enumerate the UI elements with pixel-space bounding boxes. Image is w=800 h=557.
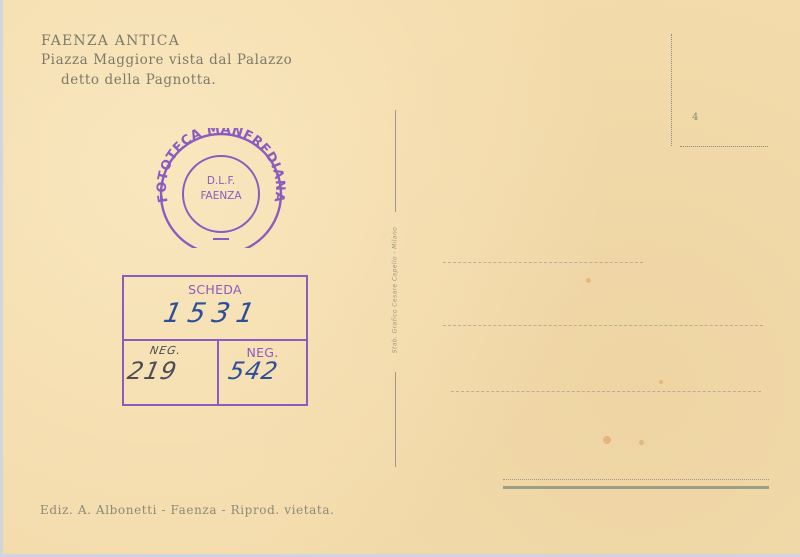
- center-divider-top: [395, 110, 396, 212]
- center-divider-bottom: [395, 372, 396, 467]
- scheda-number: 1531: [161, 298, 264, 329]
- address-line-4-dotted: [503, 479, 769, 480]
- stamp-center-line-2: FAENZA: [200, 190, 242, 202]
- address-line-3: [451, 391, 761, 392]
- archive-record-stamp: SCHEDA 1531 NEG. 219 NEG. 542: [122, 275, 308, 406]
- neg-left-label: NEG.: [149, 344, 182, 357]
- postcard-back: FAENZA ANTICA Piazza Maggiore vista dal …: [0, 0, 800, 557]
- address-line-4-solid: [503, 486, 769, 489]
- scheda-section: SCHEDA 1531: [124, 277, 306, 341]
- paper-stain: [586, 278, 591, 283]
- stamp-area-border-horizontal: [680, 146, 768, 147]
- caption-title: FAENZA ANTICA: [41, 33, 180, 49]
- neg-left-cell: NEG. 219: [124, 341, 219, 404]
- stamp-center-line-1: D.L.F.: [207, 175, 235, 187]
- paper-stain: [659, 380, 663, 384]
- fototeca-circle-stamp: FOTOTECA MANFREDIANA D.L.F. FAENZA: [151, 128, 291, 248]
- stamp-area-border-vertical: [671, 34, 672, 146]
- scheda-label: SCHEDA: [124, 282, 306, 297]
- address-line-2: [443, 325, 763, 326]
- stamp-area-number: 4: [692, 112, 698, 123]
- paper-stain: [639, 440, 644, 445]
- neg-left-number: 219: [125, 357, 180, 385]
- neg-right-cell: NEG. 542: [219, 341, 306, 404]
- printer-credit: Stab. Grafico Cesare Capello - Milano: [392, 227, 399, 353]
- caption-line-1: Piazza Maggiore vista dal Palazzo: [41, 52, 292, 68]
- neg-right-number: 542: [226, 357, 281, 385]
- address-line-1: [443, 262, 643, 263]
- caption-line-2: detto della Pagnotta.: [61, 72, 216, 88]
- publisher-credit: Ediz. A. Albonetti - Faenza - Riprod. vi…: [40, 503, 335, 517]
- paper-stain: [603, 436, 611, 444]
